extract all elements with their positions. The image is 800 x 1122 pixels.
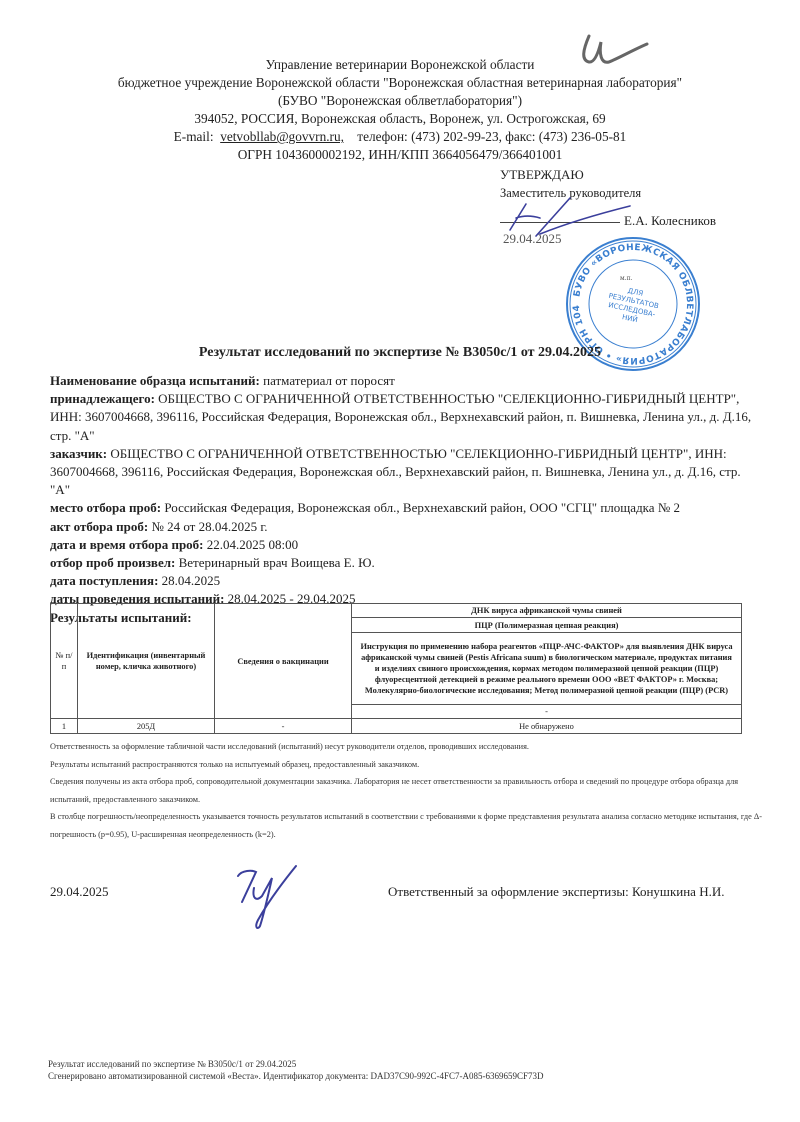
responsible-person: Ответственный за оформление экспертизы: … [388,884,724,900]
org-name: бюджетное учреждение Воронежской области… [0,74,800,92]
meta-title: Результат исследований по экспертизе № В… [48,1058,544,1070]
note-source: Сведения получены из акта отбора проб, с… [50,773,770,808]
value: 22.04.2025 08:00 [204,537,299,552]
email-link[interactable]: vetvobllab@govvrn.ru, [220,129,344,144]
header-identification: Идентификация (инвентарный номер, кличка… [78,604,215,719]
cell-result: Не обнаружено [352,719,742,734]
received-date-row: дата поступления: 28.04.2025 [50,572,755,590]
org-ogrn: ОГРН 1043600002192, ИНН/КПП 3664056479/3… [0,146,800,164]
org-address: 394052, РОССИЯ, Воронежская область, Вор… [0,110,800,128]
label: заказчик: [50,446,107,461]
notes: Ответственность за оформление табличной … [50,738,770,844]
header-method-doc: Инструкция по применению набора реагенто… [352,633,742,705]
footer-date: 29.04.2025 [50,884,109,900]
customer-row: заказчик: ОБЩЕСТВО С ОГРАНИЧЕННОЙ ОТВЕТС… [50,445,755,500]
value: ОБЩЕСТВО С ОГРАНИЧЕННОЙ ОТВЕТСТВЕННОСТЬЮ… [50,391,751,442]
org-parent: Управление ветеринарии Воронежской облас… [0,56,800,74]
value: патматериал от поросят [260,373,395,388]
value: ОБЩЕСТВО С ОГРАНИЧЕННОЙ ОТВЕТСТВЕННОСТЬЮ… [50,446,741,497]
label: место отбора проб: [50,500,161,515]
sample-info: Наименование образца испытаний: патматер… [50,372,755,627]
sample-name-row: Наименование образца испытаний: патматер… [50,372,755,390]
sampling-datetime-row: дата и время отбора проб: 22.04.2025 08:… [50,536,755,554]
header-units: - [352,705,742,719]
responsible-signature [228,862,308,932]
value: № 24 от 28.04.2025 г. [148,519,267,534]
cell-num: 1 [51,719,78,734]
org-contacts: E-mail: vetvobllab@govvrn.ru, телефон: (… [0,128,800,146]
note-scope: Результаты испытаний распространяются то… [50,756,770,774]
cell-vaccination: - [215,719,352,734]
value: Ветеринарный врач Воищева Е. Ю. [175,555,374,570]
meta-generated: Сгенерировано автоматизированной системо… [48,1070,544,1082]
org-short-name: (БУВО "Воронежская облветлаборатория") [0,92,800,110]
value: Российская Федерация, Воронежская обл., … [161,500,680,515]
header-vaccination: Сведения о вакцинации [215,604,352,719]
approval-title: УТВЕРЖДАЮ [500,166,584,184]
sampling-place-row: место отбора проб: Российская Федерация,… [50,499,755,517]
label: дата и время отбора проб: [50,537,204,552]
label: акт отбора проб: [50,519,148,534]
cell-id: 205Д [78,719,215,734]
document-meta: Результат исследований по экспертизе № В… [48,1058,544,1082]
value: 28.04.2025 [158,573,220,588]
owner-row: принадлежащего: ОБЩЕСТВО С ОГРАНИЧЕННОЙ … [50,390,755,445]
label: дата поступления: [50,573,158,588]
document-title: Результат исследований по экспертизе № В… [0,345,800,361]
email-label: E-mail: [174,129,214,144]
note-uncertainty: В столбце погрешность/неопределенность у… [50,808,770,843]
label: Наименование образца испытаний: [50,373,260,388]
header-num: № п/п [51,604,78,719]
sampler-row: отбор проб произвел: Ветеринарный врач В… [50,554,755,572]
header-indicator: ДНК вируса африканской чумы свиней [352,604,742,618]
table-row: 1 205Д - Не обнаружено [51,719,742,734]
sampling-act-row: акт отбора проб: № 24 от 28.04.2025 г. [50,518,755,536]
note-responsibility: Ответственность за оформление табличной … [50,738,770,756]
label: отбор проб произвел: [50,555,175,570]
phones: телефон: (473) 202-99-23, факс: (473) 23… [357,129,626,144]
svg-text:м.п.: м.п. [620,275,633,282]
label: принадлежащего: [50,391,155,406]
header-method: ПЦР (Полимеразная цепная реакция) [352,618,742,633]
results-table: № п/п Идентификация (инвентарный номер, … [50,603,742,734]
